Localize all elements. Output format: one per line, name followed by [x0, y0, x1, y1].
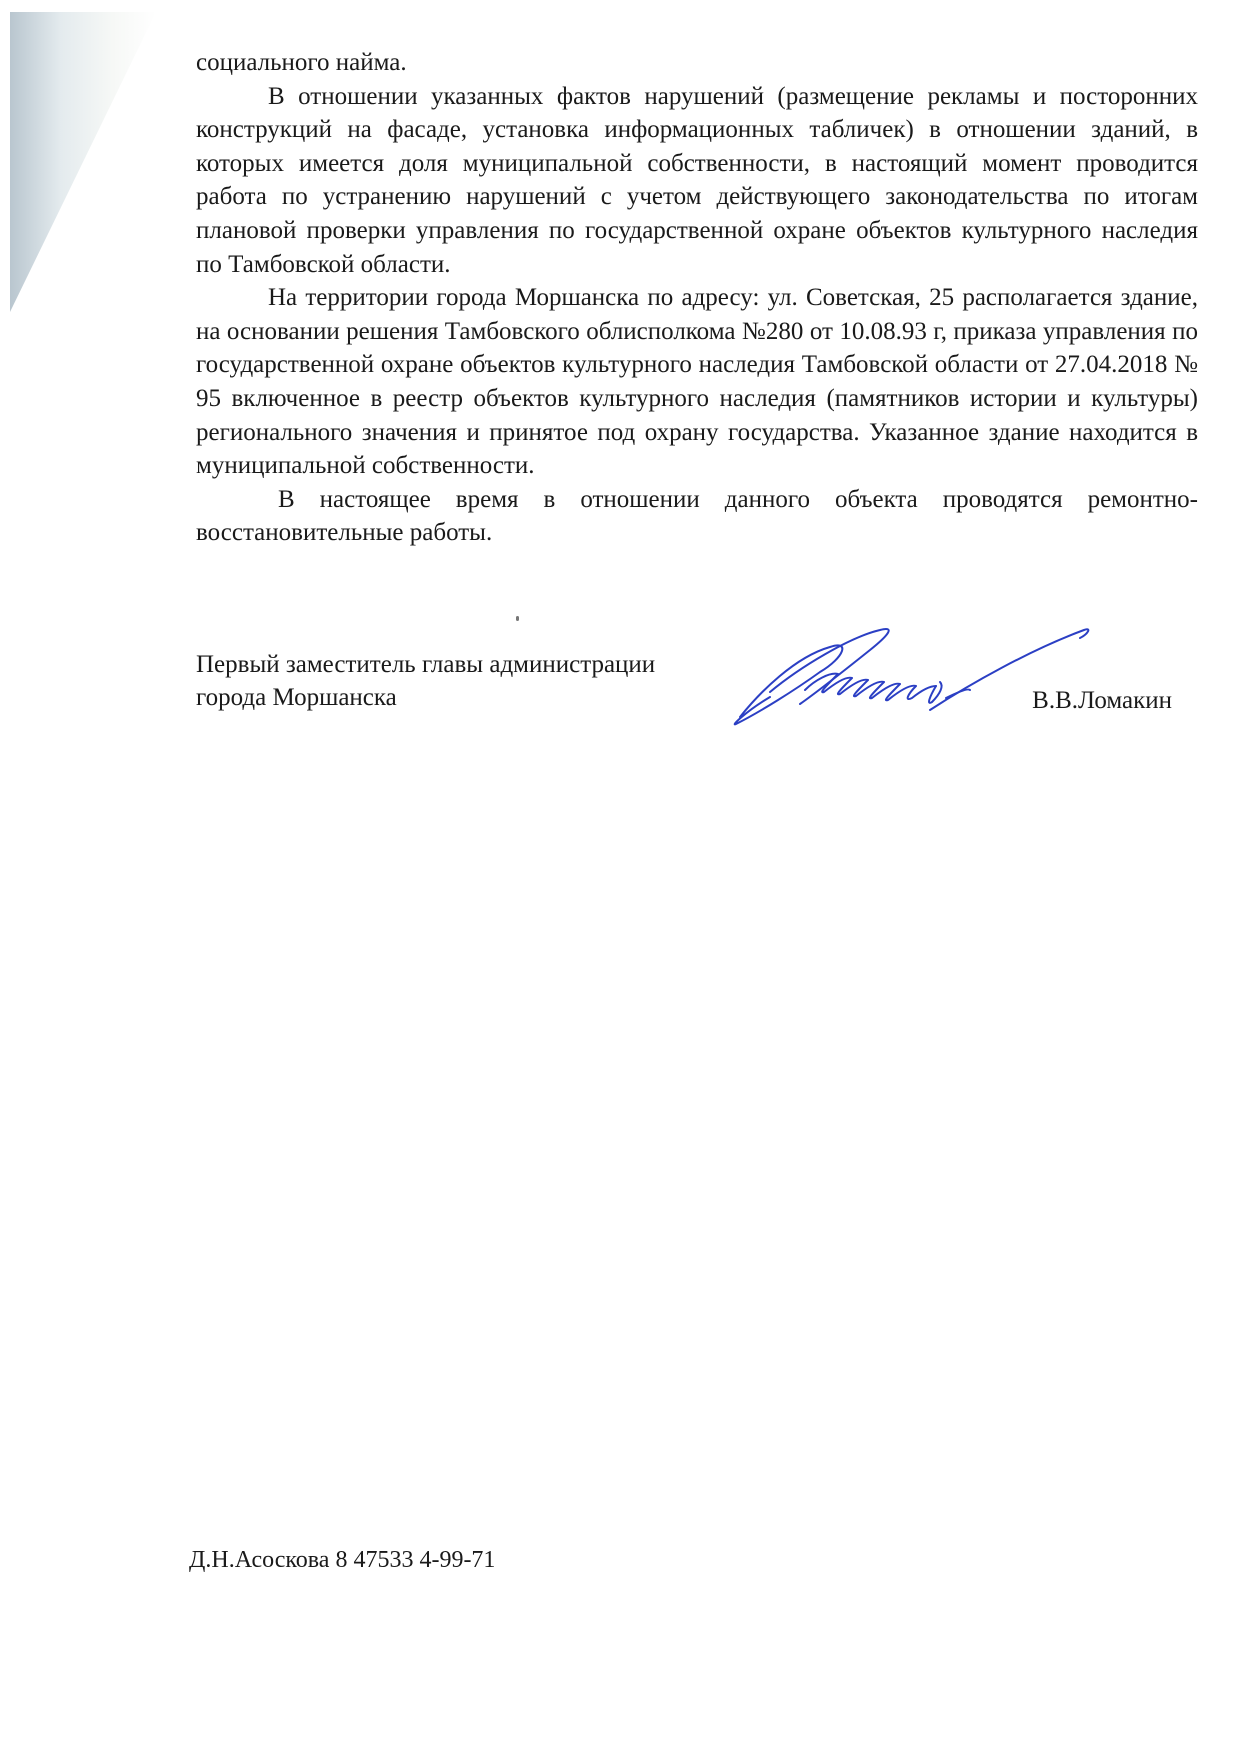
signatory-title: Первый заместитель главы администрации г… — [196, 648, 655, 714]
handwritten-signature-icon — [700, 612, 1100, 732]
signatory-title-line1: Первый заместитель главы администрации — [196, 648, 655, 681]
signatory-title-line2: города Моршанска — [196, 681, 655, 714]
scan-speck — [516, 616, 519, 621]
contact-info: Д.Н.Асоскова 8 47533 4-99-71 — [189, 1547, 495, 1574]
paragraph-continuation: социального найма. — [196, 46, 1198, 80]
page-fold-shadow — [10, 12, 156, 312]
paragraph-repairs: В настоящее время в отношении данного об… — [196, 483, 1198, 550]
paragraph-violations: В отношении указанных фактов нарушений (… — [196, 80, 1198, 282]
paragraph-building: На территории города Моршанска по адресу… — [196, 281, 1198, 483]
document-body: социального найма. В отношении указанных… — [196, 46, 1198, 550]
